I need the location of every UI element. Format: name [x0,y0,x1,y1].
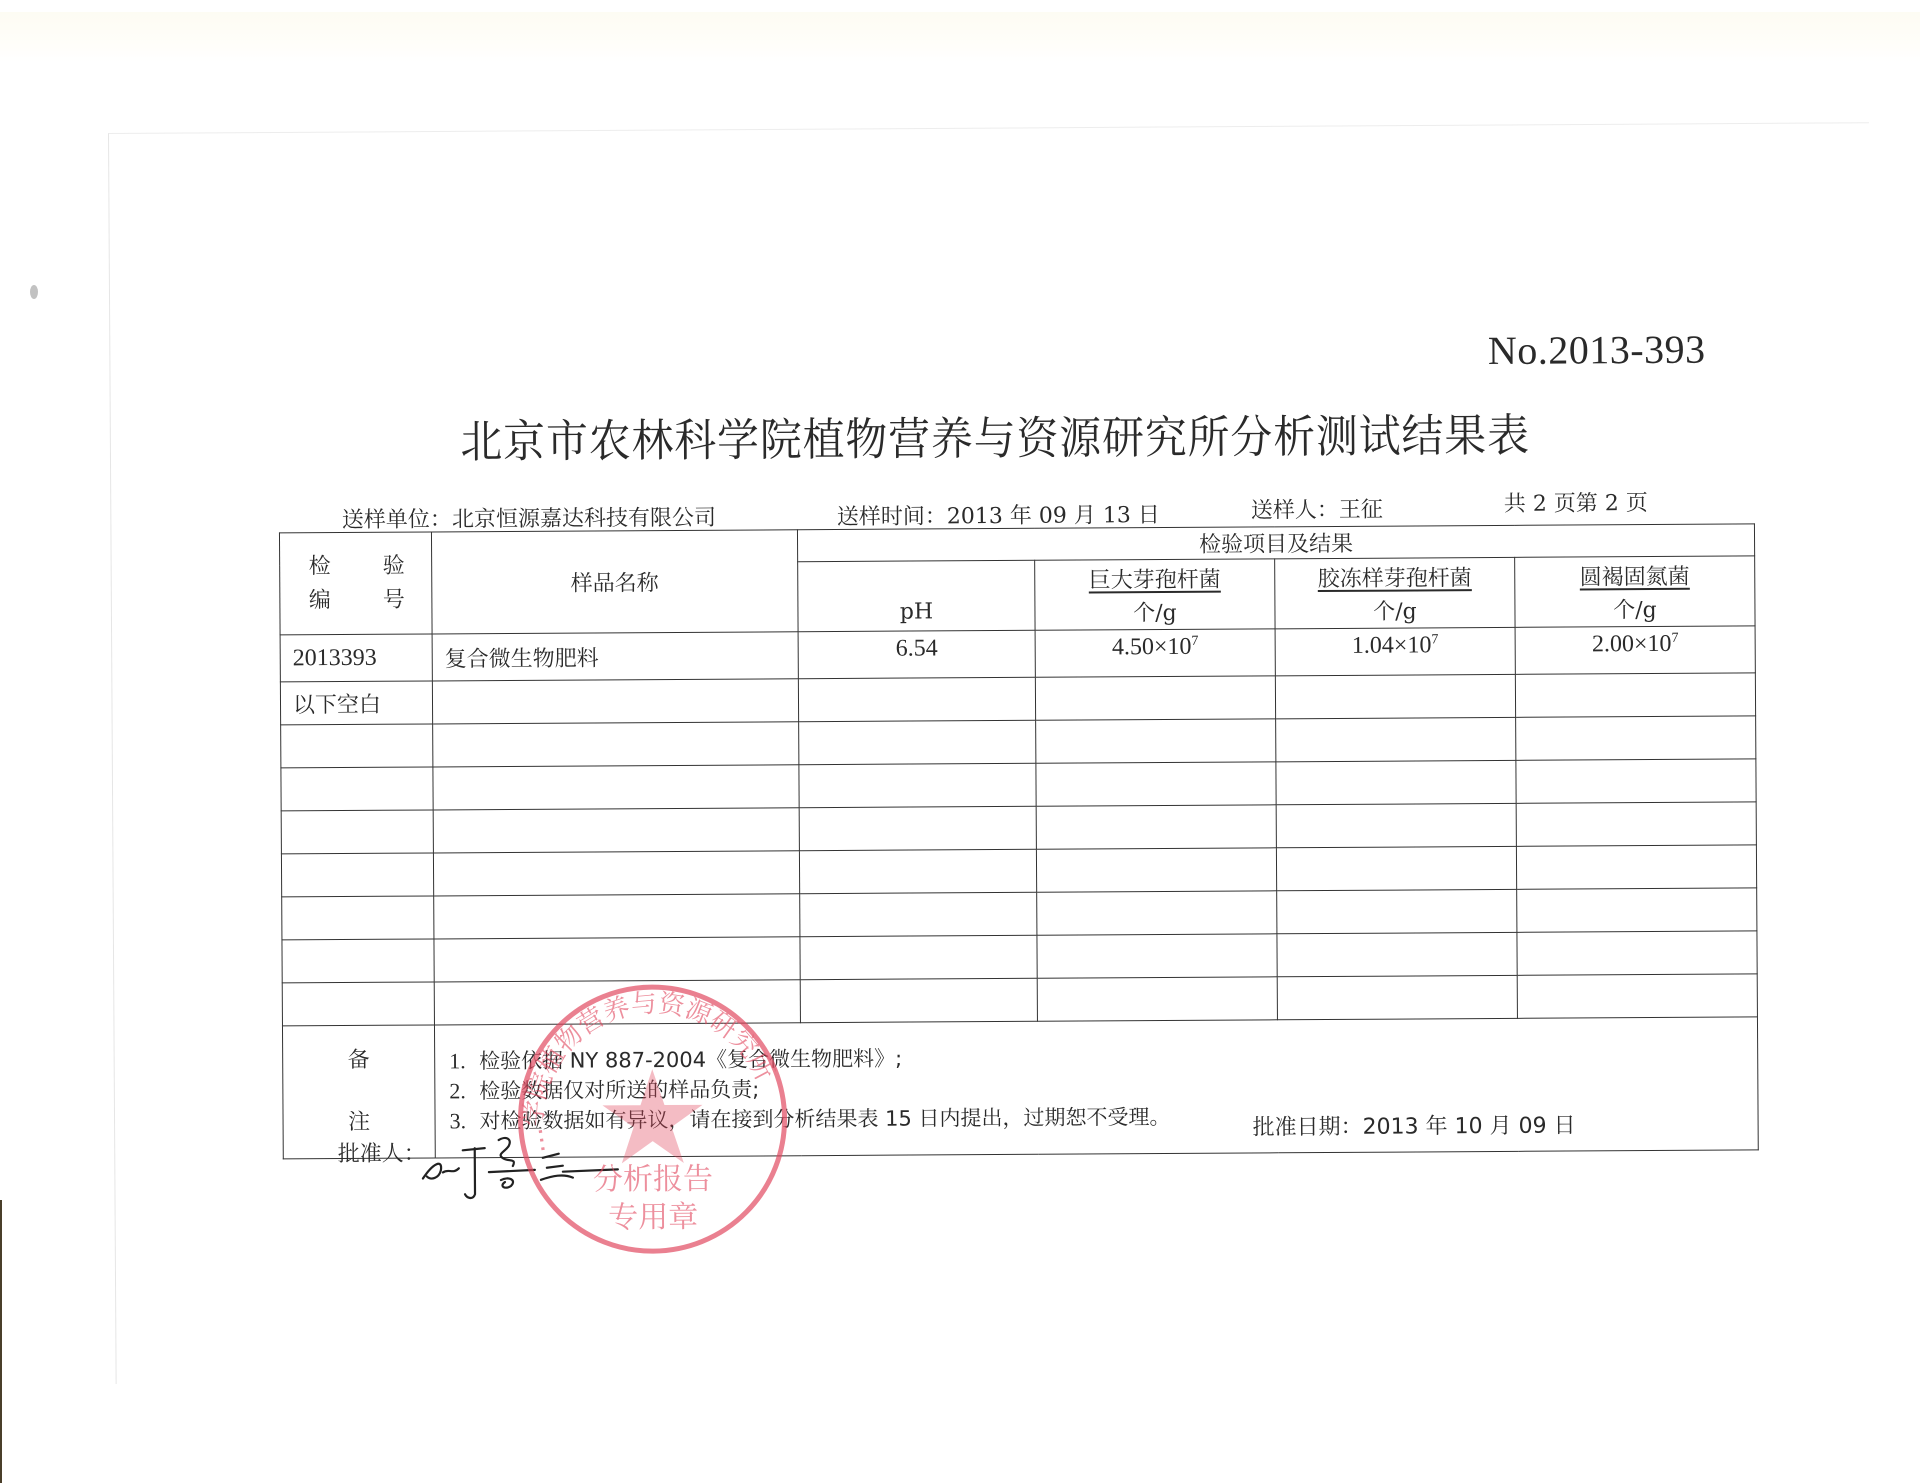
cell-empty [281,724,433,768]
header-code-char: 检 [309,550,329,584]
test-result-document: No.2013-393 北京市农林科学院植物营养与资源研究所分析测试结果表 送样… [0,0,1920,1483]
cell-empty [800,978,1037,1022]
cell-empty [281,810,433,854]
remark-number: 2. [449,1078,466,1103]
official-seal-stamp: …学院植物营养与资源研究所 分析报告 专用章 [507,976,799,1263]
blank-rows [281,716,1758,1026]
cell-empty [800,935,1037,979]
value-mantissa: 1.04×10 [1352,632,1432,658]
cell-empty [798,677,1035,721]
cell-empty [1276,846,1516,890]
cell-empty [1037,977,1277,1021]
cell-bacillus-megaterium: 4.50×107 [1035,629,1275,677]
value-mantissa: 4.50×10 [1112,634,1192,660]
organism-name: 圆褐固氮菌 [1515,559,1754,591]
unit-label: 个/g [1515,592,1754,624]
stamp-center-line2: 专用章 [608,1200,698,1236]
cell-empty [433,722,799,767]
cell-empty [432,679,798,724]
send-time-label: 送样时间： [837,504,947,530]
cell-empty [434,937,800,982]
cell-empty [1277,932,1517,976]
cell-empty [282,896,434,940]
sender-unit: 送样单位：北京恒源嘉达科技有限公司 [342,501,716,534]
cell-empty [282,982,434,1026]
organism-name: 胶冻样芽孢杆菌 [1275,560,1514,592]
sender-unit-value: 北京恒源嘉达科技有限公司 [452,506,716,533]
header-sample-name: 样品名称 [431,530,798,634]
cell-empty [800,892,1037,936]
send-time: 送样时间：2013 年 09 月 13 日 [837,498,1160,531]
cell-empty [433,851,799,896]
cell-empty [281,767,433,811]
cell-empty [1517,931,1757,975]
cell-sample-name: 复合微生物肥料 [432,632,798,681]
cell-empty [1516,759,1756,803]
cell-empty [1036,762,1276,806]
header-ph: pH [798,560,1035,631]
approval-date: 批准日期：2013 年 10 月 09 日 [1253,1108,1576,1141]
cell-empty [281,853,433,897]
cell-empty [1037,891,1277,935]
cell-empty [1276,760,1516,804]
header-code-char: 号 [383,583,403,617]
cell-empty [1036,805,1276,849]
sender-unit-label: 送样单位： [342,507,452,533]
unit-label: 个/g [1275,593,1514,625]
cell-empty [1277,975,1517,1019]
cell-empty [1516,802,1756,846]
value-exponent: 7 [1431,632,1438,647]
cell-empty [434,894,800,939]
value-mantissa: 2.00×10 [1592,631,1672,657]
cell-empty [1275,674,1515,718]
cell-empty [1277,889,1517,933]
header-bacillus-megaterium: 巨大芽孢杆菌 个/g [1035,559,1275,630]
cell-empty [1036,719,1276,763]
unit-label: 个/g [1035,595,1274,627]
approval-date-value: 2013 年 10 月 09 日 [1363,1113,1576,1139]
cell-empty [433,808,799,853]
cell-empty [1516,716,1756,760]
stamp-center-line1: 分析报告 [593,1162,713,1198]
cell-empty [799,849,1036,893]
cell-empty [1276,803,1516,847]
document-number: No.2013-393 [1488,326,1706,374]
header-azotobacter-chroococcum: 圆褐固氮菌 个/g [1515,556,1755,627]
page-indicator: 共 2 页第 2 页 [1504,486,1648,518]
remarks-label-bottom: 注 [348,1110,370,1135]
value-exponent: 7 [1191,634,1198,649]
cell-empty [1276,717,1516,761]
cell-empty [1035,676,1275,720]
approval-date-label: 批准日期： [1253,1115,1363,1141]
header-code-char: 编 [309,584,329,618]
cell-empty [1037,934,1277,978]
cell-ph: 6.54 [798,630,1035,678]
header-test-code: 检验 编号 [279,532,432,635]
value-exponent: 7 [1671,631,1678,646]
cell-empty [282,939,434,983]
cell-empty [433,765,799,810]
results-table: 检验 编号 样品名称 检验项目及结果 pH 巨大芽孢杆菌 个/g 胶冻样芽孢杆菌… [279,523,1759,1159]
sender: 送样人：王征 [1251,493,1383,525]
document-title: 北京市农林科学院植物营养与资源研究所分析测试结果表 [460,399,1530,471]
remarks-label-top: 备 [348,1048,370,1073]
cell-empty [1517,974,1757,1018]
cell-azotobacter: 2.00×107 [1515,626,1755,674]
scan-edge-strip [0,1200,2,1483]
cell-empty [1036,848,1276,892]
cell-empty [1515,673,1755,717]
remark-number: 1. [449,1048,466,1073]
cell-blank-marker: 以下空白 [280,681,432,725]
header-code-char: 验 [383,549,403,583]
organism-name: 巨大芽孢杆菌 [1035,562,1274,594]
cell-test-code: 2013393 [280,634,432,682]
cell-empty [799,806,1036,850]
cell-empty [1516,845,1756,889]
sender-value: 王征 [1339,498,1383,523]
sender-label: 送样人： [1251,498,1339,524]
cell-empty [799,763,1036,807]
header-bacillus-mucilaginosus: 胶冻样芽孢杆菌 个/g [1275,557,1515,628]
cell-empty [799,720,1036,764]
cell-bacillus-mucilaginosus: 1.04×107 [1275,627,1515,675]
cell-empty [1517,888,1757,932]
header-ph-label: pH [900,599,933,624]
send-time-value: 2013 年 09 月 13 日 [947,503,1160,529]
